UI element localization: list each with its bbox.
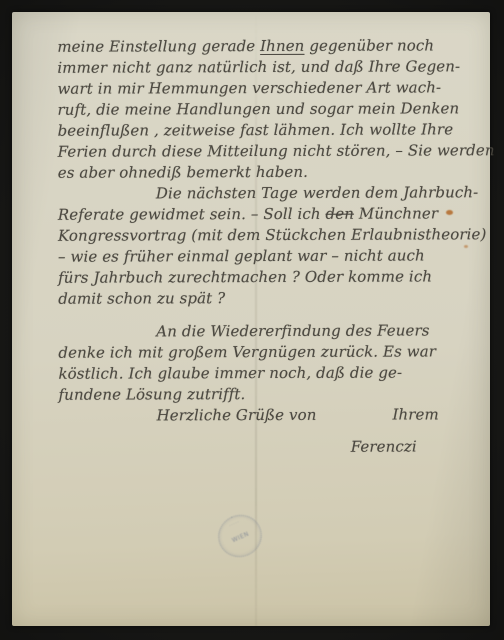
letter-line: Herzliche Grüße vonIhrem: [157, 404, 471, 426]
letter-text: Herzliche Grüße von: [157, 406, 317, 425]
letter-text: Kongressvortrag (mit dem Stückchen Erlau…: [58, 225, 487, 244]
letter-line: wart in mir Hemmungen verschiedener Art …: [57, 77, 469, 99]
letter-line: köstlich. Ich glaube immer noch, daß die…: [58, 362, 470, 384]
stamp-ring-dots: ·····: [214, 513, 254, 535]
letter-text: ruft, die meine Handlungen und sogar mei…: [57, 99, 459, 118]
letter-text: Ihrem: [392, 405, 438, 423]
letter-text: Ferien durch diese Mitteilung nicht stör…: [58, 141, 495, 161]
letter-line: Referate gewidmet sein. – Soll ich den M…: [58, 203, 470, 225]
letter-line: Kongressvortrag (mit dem Stückchen Erlau…: [58, 224, 470, 246]
letter-text: fürs Jahrbuch zurechtmachen ? Oder komme…: [58, 267, 432, 286]
letter-text: Münchner: [354, 204, 438, 222]
letter-text: meine Einstellung gerade: [57, 37, 260, 56]
letter-line: fürs Jahrbuch zurechtmachen ? Oder komme…: [58, 266, 470, 288]
letter-text: damit schon zu spät ?: [58, 289, 225, 308]
rust-spot: [446, 210, 453, 215]
letter-text: köstlich. Ich glaube immer noch, daß die…: [58, 364, 402, 383]
letter-text: Referate gewidmet sein. – Soll ich: [58, 205, 326, 224]
archive-stamp: ····· WIEN: [211, 508, 268, 564]
letter-line: ruft, die meine Handlungen und sogar mei…: [57, 98, 469, 120]
scan-background: meine Einstellung gerade Ihnen gegenüber…: [0, 0, 504, 640]
struck-word: den: [325, 205, 354, 223]
letter-line: Ferien durch diese Mitteilung nicht stör…: [58, 140, 470, 162]
letter-line: fundene Lösung zutrifft.: [58, 383, 470, 405]
letter-line: immer nicht ganz natürlich ist, und daß …: [57, 56, 469, 78]
underlined-word: Ihnen: [260, 37, 304, 55]
letter-text: immer nicht ganz natürlich ist, und daß …: [57, 57, 460, 76]
letter-text: gegenüber noch: [304, 36, 434, 54]
letter-line: Die nächsten Tage werden dem Jahrbuch-: [156, 182, 470, 204]
letter-text: beeinflußen , zeitweise fast lähmen. Ich…: [58, 120, 454, 139]
letter-line: damit schon zu spät ?: [58, 287, 470, 309]
letter-text: Ferenczi: [351, 437, 417, 455]
letter-text: Die nächsten Tage werden dem Jahrbuch-: [156, 183, 479, 202]
letter-page: meine Einstellung gerade Ihnen gegenüber…: [12, 12, 490, 626]
letter-line: es aber ohnediß bemerkt haben.: [58, 161, 470, 183]
signature-line: Ferenczi: [351, 436, 471, 457]
letter-line: denke ich mit großem Vergnügen zurück. E…: [58, 341, 470, 363]
letter-line: An die Wiedererfindung des Feuers: [156, 320, 470, 342]
letter-text: fundene Lösung zutrifft.: [58, 385, 245, 404]
letter-line: beeinflußen , zeitweise fast lähmen. Ich…: [58, 119, 470, 141]
letter-line: meine Einstellung gerade Ihnen gegenüber…: [57, 35, 469, 57]
letter-line: – wie es früher einmal geplant war – nic…: [58, 245, 470, 267]
letter-text: es aber ohnediß bemerkt haben.: [58, 163, 308, 182]
stamp-center-text: WIEN: [231, 530, 250, 544]
rust-spot-small: [464, 245, 468, 248]
letter-text: An die Wiedererfindung des Feuers: [156, 321, 429, 340]
letter-text: denke ich mit großem Vergnügen zurück. E…: [58, 342, 436, 361]
letter-text: wart in mir Hemmungen verschiedener Art …: [57, 78, 441, 97]
letter-body: meine Einstellung gerade Ihnen gegenüber…: [57, 35, 470, 458]
letter-text: – wie es früher einmal geplant war – nic…: [58, 246, 425, 265]
